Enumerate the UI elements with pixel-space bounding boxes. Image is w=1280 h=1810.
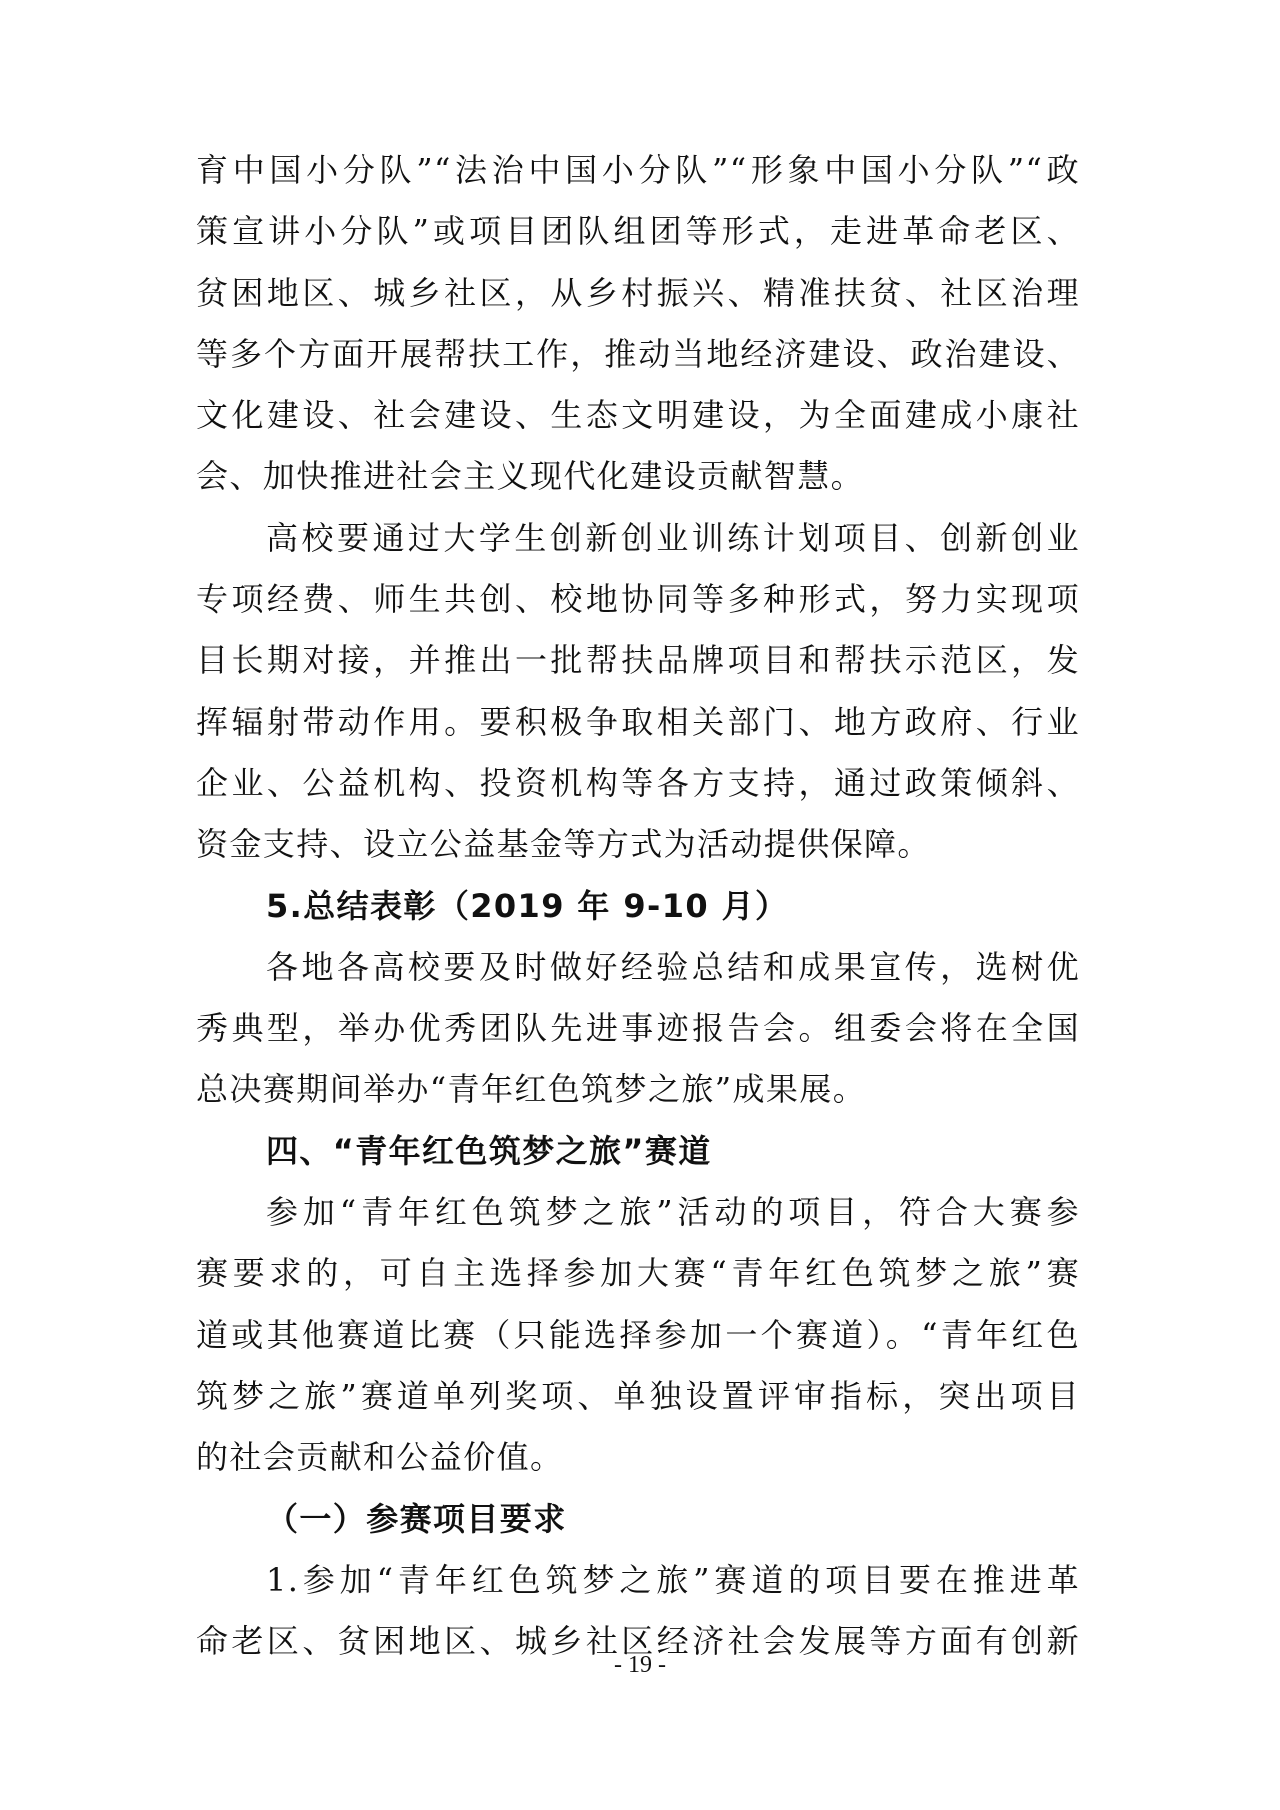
paragraph-line: 资金支持、设立公益基金等方式为活动提供保障。 — [196, 814, 1080, 875]
document-body: 育中国小分队”“法治中国小分队”“形象中国小分队”“政 策宣讲小分队”或项目团队… — [196, 140, 1080, 1672]
section-heading-summary-commendation: 5.总结表彰（2019 年 9-10 月） — [196, 876, 1080, 937]
paragraph-line: 道或其他赛道比赛（只能选择参加一个赛道）。“青年红色 — [196, 1305, 1080, 1366]
page-number: - 19 - — [0, 1652, 1280, 1679]
paragraph-line: 总决赛期间举办“青年红色筑梦之旅”成果展。 — [196, 1059, 1080, 1120]
paragraph-line: 高校要通过大学生创新创业训练计划项目、创新创业 — [196, 508, 1080, 569]
paragraph-line: 企业、公益机构、投资机构等各方支持，通过政策倾斜、 — [196, 753, 1080, 814]
paragraph-line: 赛要求的，可自主选择参加大赛“青年红色筑梦之旅”赛 — [196, 1243, 1080, 1304]
section-heading-red-dream-track: 四、“青年红色筑梦之旅”赛道 — [196, 1121, 1080, 1182]
paragraph-line: 参加“青年红色筑梦之旅”活动的项目，符合大赛参 — [196, 1182, 1080, 1243]
paragraph-line: 专项经费、师生共创、校地协同等多种形式，努力实现项 — [196, 569, 1080, 630]
paragraph-line: 各地各高校要及时做好经验总结和成果宣传，选树优 — [196, 937, 1080, 998]
paragraph-line: 挥辐射带动作用。要积极争取相关部门、地方政府、行业 — [196, 692, 1080, 753]
paragraph-line: 目长期对接，并推出一批帮扶品牌项目和帮扶示范区，发 — [196, 630, 1080, 691]
paragraph-line: 会、加快推进社会主义现代化建设贡献智慧。 — [196, 446, 1080, 507]
paragraph-line: 筑梦之旅”赛道单列奖项、单独设置评审指标，突出项目 — [196, 1366, 1080, 1427]
paragraph-line: 1.参加“青年红色筑梦之旅”赛道的项目要在推进革 — [196, 1550, 1080, 1611]
subsection-heading-project-requirements: （一）参赛项目要求 — [196, 1489, 1080, 1550]
document-page: 育中国小分队”“法治中国小分队”“形象中国小分队”“政 策宣讲小分队”或项目团队… — [0, 0, 1280, 1810]
paragraph-line: 的社会贡献和公益价值。 — [196, 1427, 1080, 1488]
paragraph-line: 文化建设、社会建设、生态文明建设，为全面建成小康社 — [196, 385, 1080, 446]
paragraph-line: 策宣讲小分队”或项目团队组团等形式，走进革命老区、 — [196, 201, 1080, 262]
paragraph-line: 秀典型，举办优秀团队先进事迹报告会。组委会将在全国 — [196, 998, 1080, 1059]
paragraph-line: 贫困地区、城乡社区，从乡村振兴、精准扶贫、社区治理 — [196, 263, 1080, 324]
paragraph-line: 育中国小分队”“法治中国小分队”“形象中国小分队”“政 — [196, 140, 1080, 201]
paragraph-line: 等多个方面开展帮扶工作，推动当地经济建设、政治建设、 — [196, 324, 1080, 385]
